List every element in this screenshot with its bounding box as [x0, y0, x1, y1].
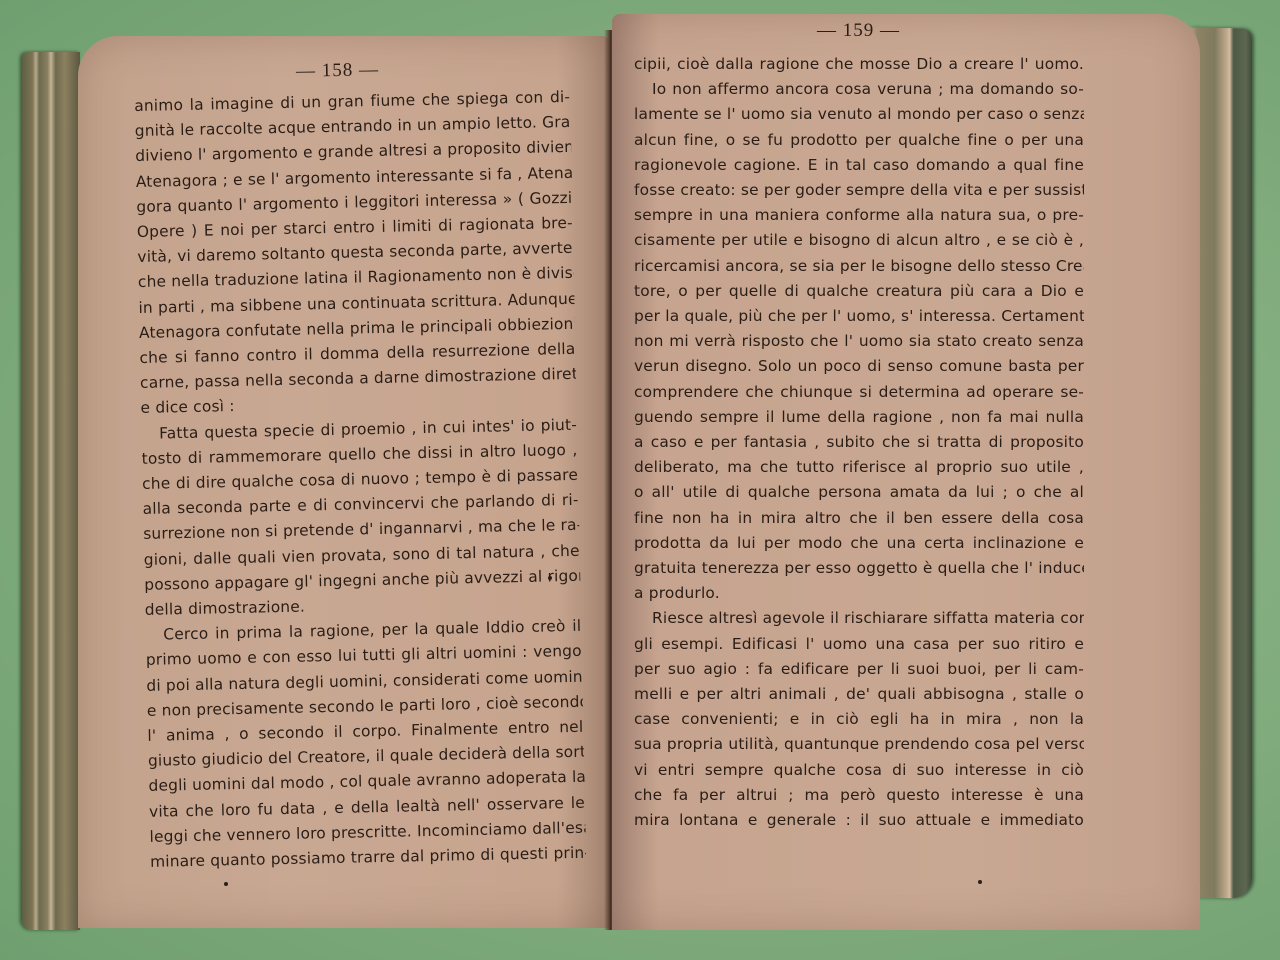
text-line: a caso e per fantasia , subito che si tr…	[634, 430, 1084, 455]
left-page-text: animo la imagine di un gran fiume che sp…	[134, 85, 586, 875]
text-line: sempre in una maniera conforme alla natu…	[634, 203, 1084, 228]
text-line: comprendere che chiunque si determina ad…	[634, 380, 1084, 405]
text-line: alcun fine, o se fu prodotto per qualche…	[634, 128, 1084, 153]
text-line: per suo agio : fa edificare per li suoi …	[634, 657, 1084, 682]
text-line: o all' utile di qualche persona amata da…	[634, 480, 1084, 505]
text-line: lamente se l' uomo sia venuto al mondo p…	[634, 102, 1084, 127]
text-line: tore, o per quelle di qualche creatura p…	[634, 279, 1084, 304]
right-page-text: cipii, cioè dalla ragione che mosse Dio …	[634, 52, 1084, 833]
text-line: ragionevole cagione. E in tal caso doman…	[634, 153, 1084, 178]
text-line: case convenienti; e in ciò egli ha in mi…	[634, 707, 1084, 732]
text-line: per la quale, più che per l' uomo, s' in…	[634, 304, 1084, 329]
ink-speck	[978, 880, 982, 884]
page-number-right: — 159 —	[817, 20, 900, 42]
text-line: mira lontana e generale : il suo attuale…	[634, 808, 1084, 833]
text-line: guendo sempre il lume della ragione , no…	[634, 405, 1084, 430]
text-line: Riesce altresì agevole il rischiarare si…	[634, 606, 1084, 631]
page-number-left: — 158 —	[296, 59, 379, 82]
left-page-edges	[22, 52, 80, 930]
text-line: melli e per altri animali , de' quali ab…	[634, 682, 1084, 707]
text-line: a produrlo.	[634, 581, 1084, 606]
text-line: Io non affermo ancora cosa veruna ; ma d…	[634, 77, 1084, 102]
text-line: che fa per altrui ; ma però questo inter…	[634, 783, 1084, 808]
text-line: sua propria utilità, quantunque prendend…	[634, 732, 1084, 757]
text-line: gli esempi. Edificasi l' uomo una casa p…	[634, 632, 1084, 657]
text-line: deliberato, ma che tutto riferisce al pr…	[634, 455, 1084, 480]
text-line: gratuita tenerezza per esso oggetto è qu…	[634, 556, 1084, 581]
text-line: verun disegno. Solo un poco di senso com…	[634, 354, 1084, 379]
text-line: ricercamisi ancora, se sia per le bisogn…	[634, 254, 1084, 279]
text-line: prodotta da lui per modo che una certa i…	[634, 531, 1084, 556]
text-line: cipii, cioè dalla ragione che mosse Dio …	[634, 52, 1084, 77]
text-line: fine non ha in mira altro che il ben ess…	[634, 506, 1084, 531]
photo-scene: — 158 — animo la imagine di un gran fium…	[0, 0, 1280, 960]
ink-speck	[548, 576, 552, 580]
text-line: cisamente per utile e bisogno di alcun a…	[634, 228, 1084, 253]
text-line: fosse creato: se per goder sempre della …	[634, 178, 1084, 203]
ink-speck	[224, 882, 228, 886]
text-line: vi entri sempre qualche cosa di suo inte…	[634, 758, 1084, 783]
left-page: — 158 — animo la imagine di un gran fium…	[78, 36, 610, 928]
text-line: non mi verrà risposto che l' uomo sia st…	[634, 329, 1084, 354]
right-page: — 159 — cipii, cioè dalla ragione che mo…	[612, 14, 1200, 930]
